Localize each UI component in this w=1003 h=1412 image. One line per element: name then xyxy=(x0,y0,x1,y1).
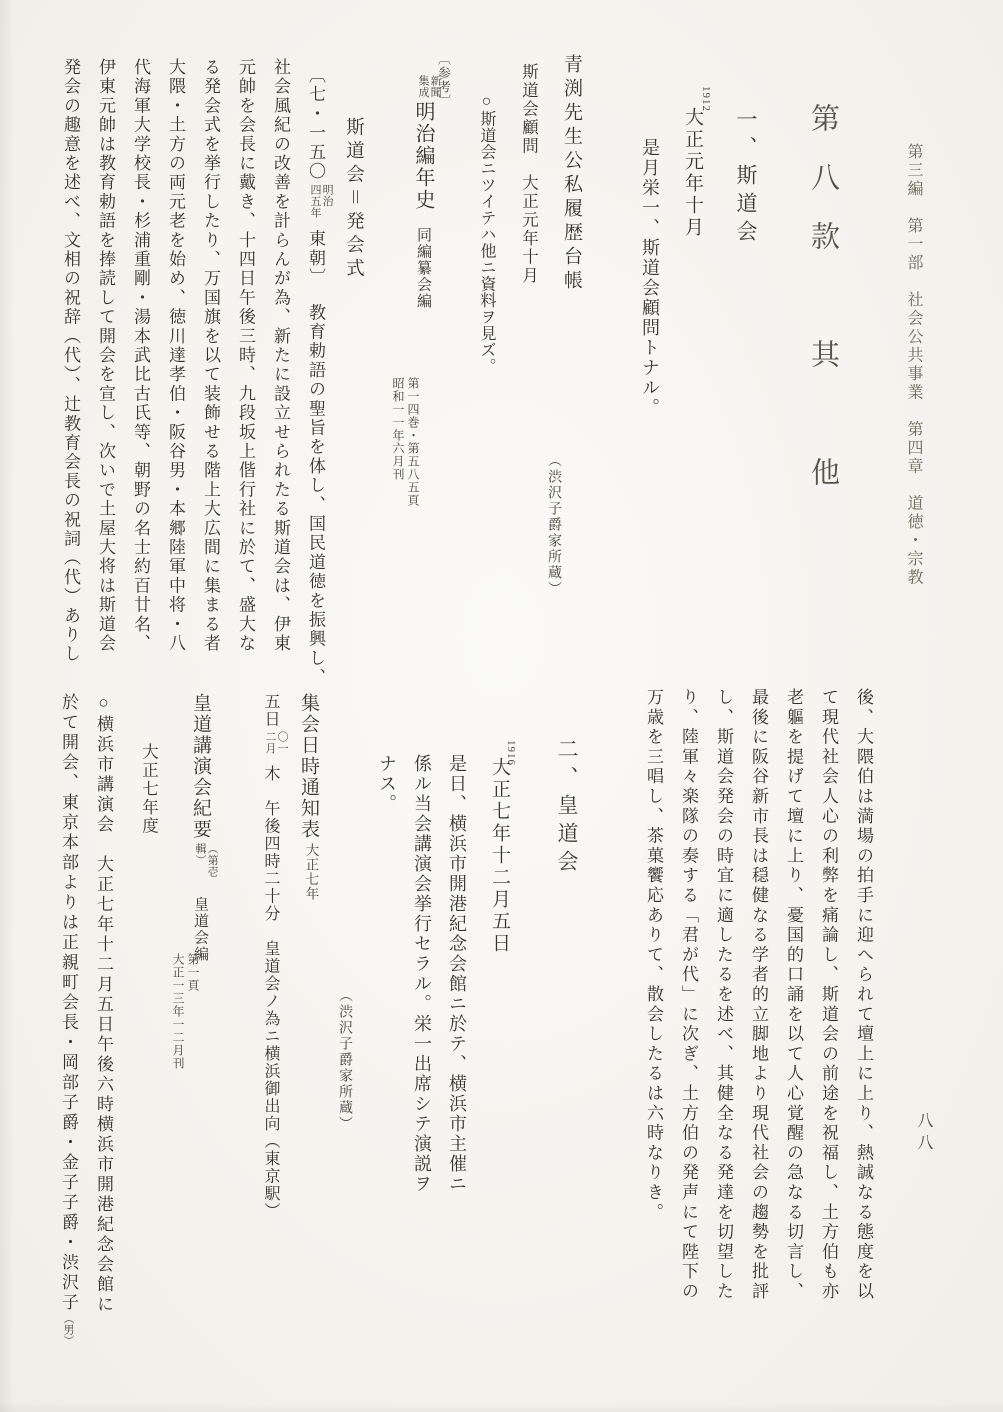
entry-month-note: 〇一二月 xyxy=(264,731,288,754)
article-column: 後、大隈伯は満場の拍手に迎へられて壇上に上り、熱誠なる態度を以 xyxy=(855,688,872,1302)
kiyo-body-column: 於て開会、東京本部よりは正親町会長・岡部子爵・金子子爵・渋沢子（男） xyxy=(60,693,77,1346)
summary-line-kodokai: 是日、横浜市開港紀念会館ニ於テ、横浜市主催ニ xyxy=(448,754,466,1194)
kiyo-volume-note: （第壱輯） xyxy=(194,843,218,878)
kiyo-note-col2: 輯） xyxy=(194,843,206,878)
kiyo-body-text: 於て開会、東京本部よりは正親町会長・岡部子爵・金子子爵・渋沢子 xyxy=(59,693,78,1313)
kiyo-pubdate-line: 大正一三年一二月刊 xyxy=(170,953,185,1070)
dateline-close: 東朝〕 xyxy=(306,230,325,288)
article-column: 大隈・土方の両元老を始め、徳川達孝伯・阪谷男・本郷陸軍中将・八 xyxy=(167,58,184,653)
article-column: 万歳を三唱し、茶菓饗応ありて、散会したるは六時なりき。 xyxy=(645,688,662,1223)
kiyo-page-note: 第一頁 大正一三年一二月刊 xyxy=(170,953,200,1070)
citation-title-rireki: 青渕先生公私履歴台帳 xyxy=(562,54,581,294)
baron-note: （男） xyxy=(62,1313,74,1346)
fiscal-year-heading: 大正七年度 xyxy=(140,743,157,836)
publication-date-line: 昭和一一年六月刊 xyxy=(390,377,405,507)
month-note-col2: 二月 xyxy=(264,731,276,754)
entry-date: 五日 xyxy=(262,693,279,728)
note-no-other-sources: ○斯道会ニツイテハ他ニ資料ヲ見ズ。 xyxy=(478,93,494,375)
dateline-open: 〔七・一五〇 xyxy=(306,66,325,181)
article-column: る発会式を挙行したり、万国旗を以て装飾せる階上大広間に集まる者 xyxy=(202,58,219,653)
article-column: て現代社会人心の利弊を痛論し、斯道会の前途を祝福し、土方伯も亦 xyxy=(820,688,837,1302)
article-column: り、陸軍々楽隊の奏する「君が代」に次ぎ、土方伯の発声にて陛下の xyxy=(680,688,697,1302)
reference-volume-note: 第一四巻・第五八五頁 昭和一一年六月刊 xyxy=(390,377,420,507)
entry-text: 木 午後四時二十分 皇道会ノ為ニ横浜御出向（東京駅） xyxy=(262,765,279,1220)
citation-entry-rireki: 斯道会顧問 大正元年十月 xyxy=(520,63,537,285)
article-column: 元帥を会長に戴き、十四日午後三時、九段坂上偕行社に於て、盛大な xyxy=(237,58,254,653)
kiyo-note-col1: （第壱 xyxy=(206,843,218,878)
scanned-book-page: 第三編 第一部 社会公共事業 第四章 道徳・宗教 第八款 其 他 一、斯道会 1… xyxy=(0,0,1003,1412)
article-column: し、斯道会発会の時宜に適したるを述べ、其健全なる発達を切望した xyxy=(715,688,732,1302)
attribution-shibusawa-archive-2: （渋沢子爵家所蔵） xyxy=(337,988,351,1132)
article-column: 老軀を提げて壇に上り、憂国的口誦を以て人心覚醒の急なる切言し、 xyxy=(785,688,802,1302)
reference-title: 明治編年史 xyxy=(412,101,434,211)
article-column: 伊東元帥は教育勅語を捧読して開会を宣し、次いで土屋大将は斯道会 xyxy=(97,58,114,653)
citation-year-tsuchihyo: 大正七年 xyxy=(304,843,318,901)
dateline-era-note: 明治四五年 xyxy=(309,184,333,219)
subsection-heading-kodokai: 二、皇道会 xyxy=(556,738,577,878)
attribution-shibusawa-archive-1: （渋沢子爵家所蔵） xyxy=(546,453,560,597)
kiyo-title: 皇道講演会紀要 xyxy=(190,693,211,840)
kiyo-page-line: 第一頁 xyxy=(185,953,200,1070)
era-note-col2: 四五年 xyxy=(309,184,321,219)
series-note-col2: 集成 xyxy=(417,75,429,98)
date-heading-taisho1: 大正元年十月 xyxy=(683,107,702,239)
section-number-heading: 第八款 其 他 xyxy=(808,103,837,516)
summary-line-kodokai: 係ル当会講演会挙行セラル。栄一出席シテ演説ヲ xyxy=(413,754,431,1194)
reference-headline: 斯道会＝発会式 xyxy=(344,117,363,282)
subsection-heading-shidokai: 一、斯道会 xyxy=(735,108,756,248)
article-column: 最後に阪谷新市長は穏健なる学者的立脚地より現代社会の趨勢を批評 xyxy=(750,688,767,1302)
running-head: 第三編 第一部 社会公共事業 第四章 道徳・宗教 xyxy=(905,143,921,587)
era-note-col1: 明治 xyxy=(321,184,333,219)
date-heading-taisho7: 大正七年十二月五日 xyxy=(490,757,509,955)
series-note-col1: 新聞 xyxy=(429,75,441,98)
volume-page-line: 第一四巻・第五八五頁 xyxy=(405,377,420,507)
reference-editor: 同編纂会編 xyxy=(415,227,431,310)
reference-citation: 新聞集成明治編年史同編纂会編 xyxy=(413,72,441,310)
page-number: 八八 xyxy=(915,1112,931,1156)
article-column: 社会風紀の改善を計らんが為、新たに設立せられたる斯道会は、伊東 xyxy=(272,58,289,653)
citation-title-kiyo: 皇道講演会紀要（第壱輯）皇道会編 xyxy=(191,693,218,963)
citation-entry-tsuchihyo: 五日〇一二月木 午後四時二十分 皇道会ノ為ニ横浜御出向（東京駅） xyxy=(262,693,288,1220)
article-column: 発会の趣意を述べ、文相の祝辞（代）、辻教育会長の祝詞（代）ありし xyxy=(62,58,79,664)
article-column: 代海軍大学校長・杉浦重剛・湯本武比古氏等、朝野の名士約百廿名、 xyxy=(132,58,149,653)
article-column-0: 教育勅語の聖旨を体し、国民道徳を振興し、 xyxy=(306,303,325,687)
summary-line-shidokai: 是月栄一、斯道会顧問トナル。 xyxy=(641,138,659,418)
article-dateline-column: 〔七・一五〇明治四五年東朝〕教育勅語の聖旨を体し、国民道徳を振興し、 xyxy=(307,66,333,687)
month-note-col1: 〇一 xyxy=(276,731,288,754)
reference-series-note: 新聞集成 xyxy=(417,75,441,98)
kiyo-body-column: ○横浜市講演会 大正七年十二月五日午後六時横浜市開港紀念会館に xyxy=(95,693,112,1315)
citation-title-tsuchihyo: 集会日時通知表 xyxy=(299,693,318,840)
summary-line-kodokai: ナス。 xyxy=(378,754,396,814)
